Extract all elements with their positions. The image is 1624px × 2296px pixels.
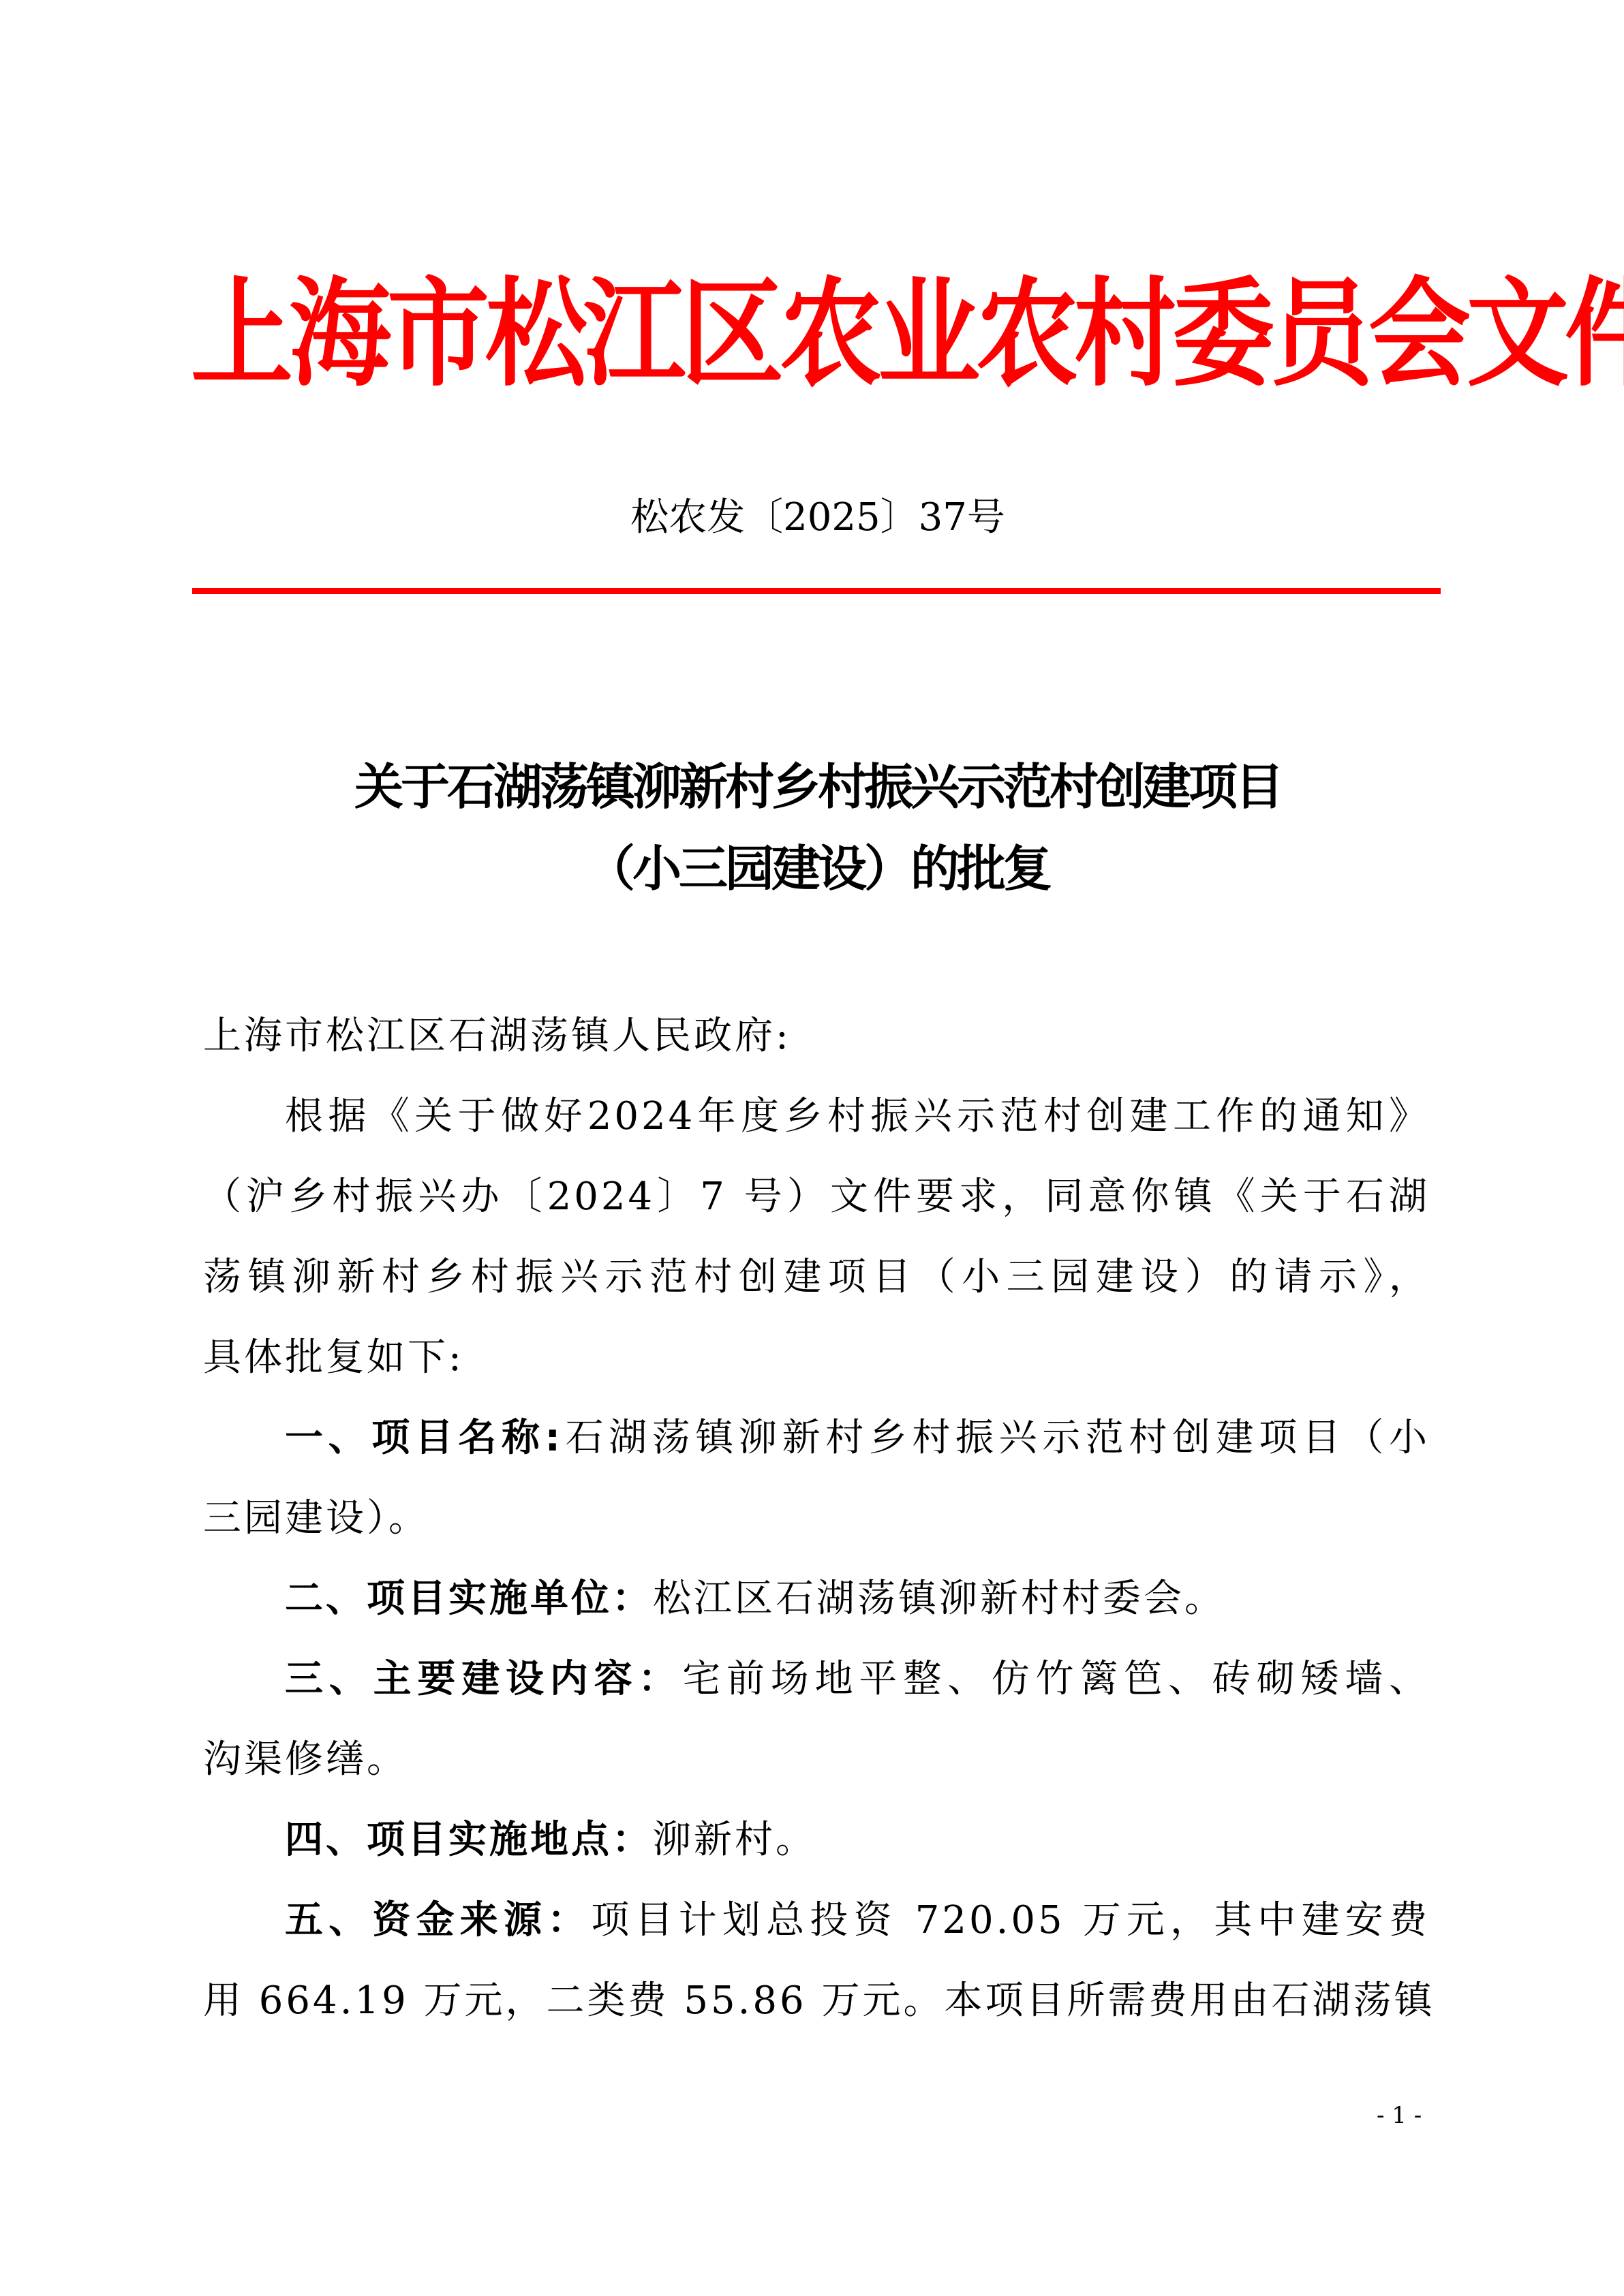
- item-project-name-cont: 三园建设）。: [203, 1478, 1430, 1559]
- salutation: 上海市松江区石湖荡镇人民政府:: [203, 996, 1430, 1076]
- item-funding-source: 五、资金来源：项目计划总投资 720.05 万元，其中建安费: [203, 1880, 1430, 1961]
- document-number: 松农发〔2025〕37号: [191, 491, 1445, 545]
- item-text: 项目计划总投资 720.05 万元，其中建安费: [591, 1898, 1430, 1942]
- item-construction-content: 三、主要建设内容：宅前场地平整、仿竹篱笆、砖砌矮墙、: [203, 1639, 1430, 1720]
- document-page: 上海市松江区农业农村委员会文件 松农发〔2025〕37号 关于石湖荡镇泖新村乡村…: [0, 0, 1624, 2296]
- item-construction-content-cont: 沟渠修缮。: [203, 1720, 1430, 1800]
- item-text: 泖新村。: [653, 1818, 816, 1862]
- item-label: 一、项目名称:: [285, 1416, 563, 1460]
- para1-line-4: 具体批复如下:: [203, 1318, 1430, 1398]
- item-text: 宅前场地平整、仿竹篱笆、砖砌矮墙、: [682, 1657, 1430, 1701]
- red-divider-line: [192, 588, 1441, 594]
- item-funding-source-cont: 用 664.19 万元，二类费 55.86 万元。本项目所需费用由石湖荡镇: [203, 1961, 1430, 2041]
- item-label: 三、主要建设内容：: [285, 1657, 682, 1701]
- issuer-masthead: 上海市松江区农业农村委员会文件: [191, 264, 1445, 405]
- item-project-name: 一、项目名称:石湖荡镇泖新村乡村振兴示范村创建项目（小: [203, 1398, 1430, 1478]
- item-location: 四、项目实施地点：泖新村。: [203, 1800, 1430, 1880]
- document-body: 上海市松江区石湖荡镇人民政府: 根据《关于做好2024年度乡村振兴示范村创建工作…: [203, 996, 1430, 2041]
- item-text: 石湖荡镇泖新村乡村振兴示范村创建项目（小: [563, 1416, 1430, 1460]
- para1-line-2: （沪乡村振兴办〔2024〕7 号）文件要求，同意你镇《关于石湖: [203, 1157, 1430, 1237]
- para1-line-1: 根据《关于做好2024年度乡村振兴示范村创建工作的通知》: [203, 1076, 1430, 1157]
- item-label: 二、项目实施单位：: [285, 1577, 653, 1621]
- item-implementing-unit: 二、项目实施单位：松江区石湖荡镇泖新村村委会。: [203, 1559, 1430, 1639]
- item-label: 五、资金来源：: [285, 1898, 591, 1942]
- document-title: 关于石湖荡镇泖新村乡村振兴示范村创建项目 （小三园建设）的批复: [191, 746, 1445, 910]
- item-label: 四、项目实施地点：: [285, 1818, 653, 1862]
- title-line-1: 关于石湖荡镇泖新村乡村振兴示范村创建项目: [191, 746, 1445, 828]
- para1-line-3: 荡镇泖新村乡村振兴示范村创建项目（小三园建设）的请示》，: [203, 1237, 1430, 1318]
- page-number: - 1 -: [1377, 2102, 1422, 2129]
- title-line-2: （小三园建设）的批复: [191, 828, 1445, 910]
- item-text: 松江区石湖荡镇泖新村村委会。: [653, 1577, 1225, 1621]
